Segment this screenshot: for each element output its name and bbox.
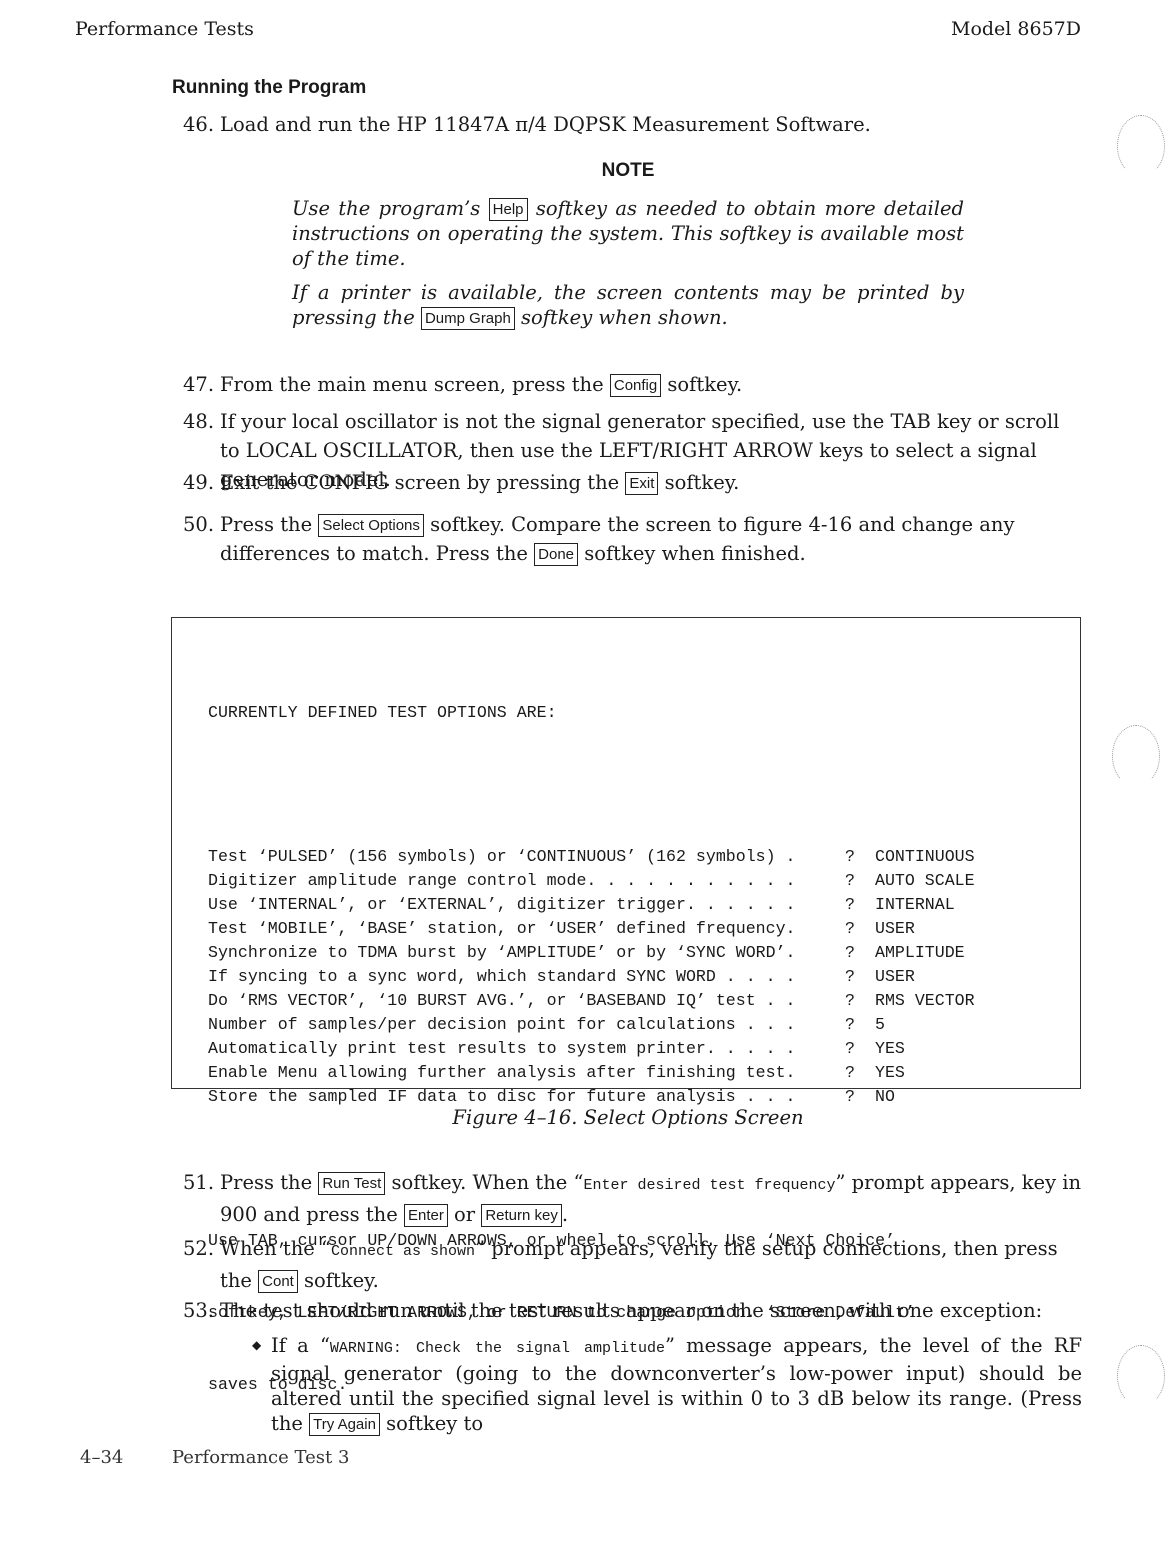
option-question: Test ‘PULSED’ (156 symbols) or ‘CONTINUO… bbox=[208, 845, 845, 869]
step-number: 49. bbox=[183, 468, 214, 497]
option-question: Enable Menu allowing further analysis af… bbox=[208, 1061, 845, 1085]
note-paragraph-help: Use the program’s Help softkey as needed… bbox=[292, 196, 964, 271]
prompt-text: Connect as shown bbox=[331, 1243, 475, 1260]
option-prompt-mark: ? bbox=[845, 845, 875, 869]
option-value: INTERNAL bbox=[875, 893, 955, 917]
note-text: softkey when shown. bbox=[515, 306, 728, 329]
enter-key: Enter bbox=[404, 1204, 448, 1227]
step-text: softkey. bbox=[658, 471, 739, 494]
page-number: 4–34 bbox=[80, 1447, 123, 1468]
footer-title: Performance Test 3 bbox=[172, 1447, 349, 1468]
step-text: Press the bbox=[220, 1171, 318, 1194]
option-question: Number of samples/per decision point for… bbox=[208, 1013, 845, 1037]
dump-graph-softkey: Dump Graph bbox=[421, 307, 515, 330]
option-value: USER bbox=[875, 917, 915, 941]
try-again-softkey: Try Again bbox=[309, 1413, 380, 1436]
screen-content: CURRENTLY DEFINED TEST OPTIONS ARE: Test… bbox=[208, 653, 975, 1445]
screen-heading: CURRENTLY DEFINED TEST OPTIONS ARE: bbox=[208, 701, 975, 725]
step-number: 50. bbox=[183, 510, 214, 539]
option-prompt-mark: ? bbox=[845, 1037, 875, 1061]
step-number: 47. bbox=[183, 370, 214, 399]
step-number: 46. bbox=[183, 110, 214, 139]
running-header-left: Performance Tests bbox=[75, 18, 254, 40]
option-row: Synchronize to TDMA burst by ‘AMPLITUDE’… bbox=[208, 941, 975, 965]
option-row: Do ‘RMS VECTOR’, ‘10 BURST AVG.’, or ‘BA… bbox=[208, 989, 975, 1013]
option-prompt-mark: ? bbox=[845, 869, 875, 893]
select-options-softkey: Select Options bbox=[318, 514, 424, 537]
option-row: Test ‘PULSED’ (156 symbols) or ‘CONTINUO… bbox=[208, 845, 975, 869]
step-text: Load and run the HP 11847A π/4 DQPSK Mea… bbox=[220, 110, 1083, 139]
option-question: Use ‘INTERNAL’, or ‘EXTERNAL’, digitizer… bbox=[208, 893, 845, 917]
options-list: Test ‘PULSED’ (156 symbols) or ‘CONTINUO… bbox=[208, 845, 975, 1109]
note-title: NOTE bbox=[0, 160, 1176, 182]
step-text: Press the bbox=[220, 513, 318, 536]
step-text: Exit the CONFIG screen by pressing the bbox=[220, 471, 625, 494]
option-prompt-mark: ? bbox=[845, 917, 875, 941]
option-prompt-mark: ? bbox=[845, 893, 875, 917]
note-paragraph-printer: If a printer is available, the screen co… bbox=[292, 280, 964, 330]
option-prompt-mark: ? bbox=[845, 965, 875, 989]
prompt-text: Enter desired test frequency bbox=[583, 1177, 835, 1194]
step-49: 49. Exit the CONFIG screen by pressing t… bbox=[183, 468, 1083, 497]
option-prompt-mark: ? bbox=[845, 1061, 875, 1085]
punch-hole-decoration bbox=[1112, 725, 1160, 787]
step-text: When the “ bbox=[220, 1237, 331, 1260]
step-number: 51. bbox=[183, 1168, 214, 1197]
option-value: USER bbox=[875, 965, 915, 989]
option-question: Do ‘RMS VECTOR’, ‘10 BURST AVG.’, or ‘BA… bbox=[208, 989, 845, 1013]
step-47: 47. From the main menu screen, press the… bbox=[183, 370, 1083, 399]
bullet-text: If a “ bbox=[271, 1334, 330, 1357]
step-text: or bbox=[448, 1203, 481, 1226]
running-header-right: Model 8657D bbox=[951, 18, 1081, 40]
option-question: Digitizer amplitude range control mode. … bbox=[208, 869, 845, 893]
section-title: Running the Program bbox=[172, 77, 366, 99]
figure-caption: Figure 4–16. Select Options Screen bbox=[0, 1106, 1176, 1129]
step-text: softkey. bbox=[298, 1269, 379, 1292]
bullet-icon: ◆ bbox=[252, 1333, 261, 1358]
config-softkey: Config bbox=[610, 374, 661, 397]
option-row: Test ‘MOBILE’, ‘BASE’ station, or ‘USER’… bbox=[208, 917, 975, 941]
cont-softkey: Cont bbox=[258, 1270, 298, 1293]
help-softkey: Help bbox=[489, 198, 528, 221]
option-value: 5 bbox=[875, 1013, 885, 1037]
option-prompt-mark: ? bbox=[845, 1013, 875, 1037]
step-text: softkey. When the “ bbox=[385, 1171, 583, 1194]
option-prompt-mark: ? bbox=[845, 989, 875, 1013]
step-number: 48. bbox=[183, 407, 214, 436]
step-51: 51. Press the Run Test softkey. When the… bbox=[183, 1168, 1083, 1229]
step-number: 53. bbox=[183, 1296, 214, 1325]
exit-softkey: Exit bbox=[625, 472, 658, 495]
step-text: . bbox=[562, 1203, 568, 1226]
return-key: Return key bbox=[481, 1204, 562, 1227]
select-options-screen-figure: CURRENTLY DEFINED TEST OPTIONS ARE: Test… bbox=[171, 617, 1081, 1089]
bullet-text: softkey to bbox=[380, 1412, 483, 1435]
option-value: YES bbox=[875, 1061, 905, 1085]
run-test-softkey: Run Test bbox=[318, 1172, 385, 1195]
step-text: softkey when finished. bbox=[578, 542, 806, 565]
option-value: YES bbox=[875, 1037, 905, 1061]
option-value: AUTO SCALE bbox=[875, 869, 975, 893]
option-question: Synchronize to TDMA burst by ‘AMPLITUDE’… bbox=[208, 941, 845, 965]
step-50: 50. Press the Select Options softkey. Co… bbox=[183, 510, 1083, 568]
step-number: 52. bbox=[183, 1234, 214, 1263]
step-53: 53. The test should run until the test r… bbox=[183, 1296, 1083, 1325]
step-text: softkey. bbox=[661, 373, 742, 396]
punch-hole-decoration bbox=[1117, 1345, 1165, 1407]
step-text: The test should run until the test resul… bbox=[220, 1296, 1083, 1325]
option-prompt-mark: ? bbox=[845, 941, 875, 965]
option-row: Automatically print test results to syst… bbox=[208, 1037, 975, 1061]
option-question: If syncing to a sync word, which standar… bbox=[208, 965, 845, 989]
done-softkey: Done bbox=[534, 543, 578, 566]
option-row: Use ‘INTERNAL’, or ‘EXTERNAL’, digitizer… bbox=[208, 893, 975, 917]
option-question: Automatically print test results to syst… bbox=[208, 1037, 845, 1061]
step-46: 46. Load and run the HP 11847A π/4 DQPSK… bbox=[183, 110, 1083, 139]
option-value: CONTINUOUS bbox=[875, 845, 975, 869]
warning-bullet: ◆ If a “WARNING: Check the signal amplit… bbox=[252, 1333, 1082, 1436]
step-52: 52. When the “Connect as shown” prompt a… bbox=[183, 1234, 1083, 1295]
option-value: AMPLITUDE bbox=[875, 941, 965, 965]
warning-message: WARNING: Check the signal amplitude bbox=[330, 1340, 665, 1357]
option-row: Digitizer amplitude range control mode. … bbox=[208, 869, 975, 893]
option-row: Number of samples/per decision point for… bbox=[208, 1013, 975, 1037]
option-row: Enable Menu allowing further analysis af… bbox=[208, 1061, 975, 1085]
option-question: Test ‘MOBILE’, ‘BASE’ station, or ‘USER’… bbox=[208, 917, 845, 941]
note-text: Use the program’s bbox=[292, 197, 489, 220]
option-value: RMS VECTOR bbox=[875, 989, 975, 1013]
step-text: From the main menu screen, press the bbox=[220, 373, 610, 396]
option-row: If syncing to a sync word, which standar… bbox=[208, 965, 975, 989]
